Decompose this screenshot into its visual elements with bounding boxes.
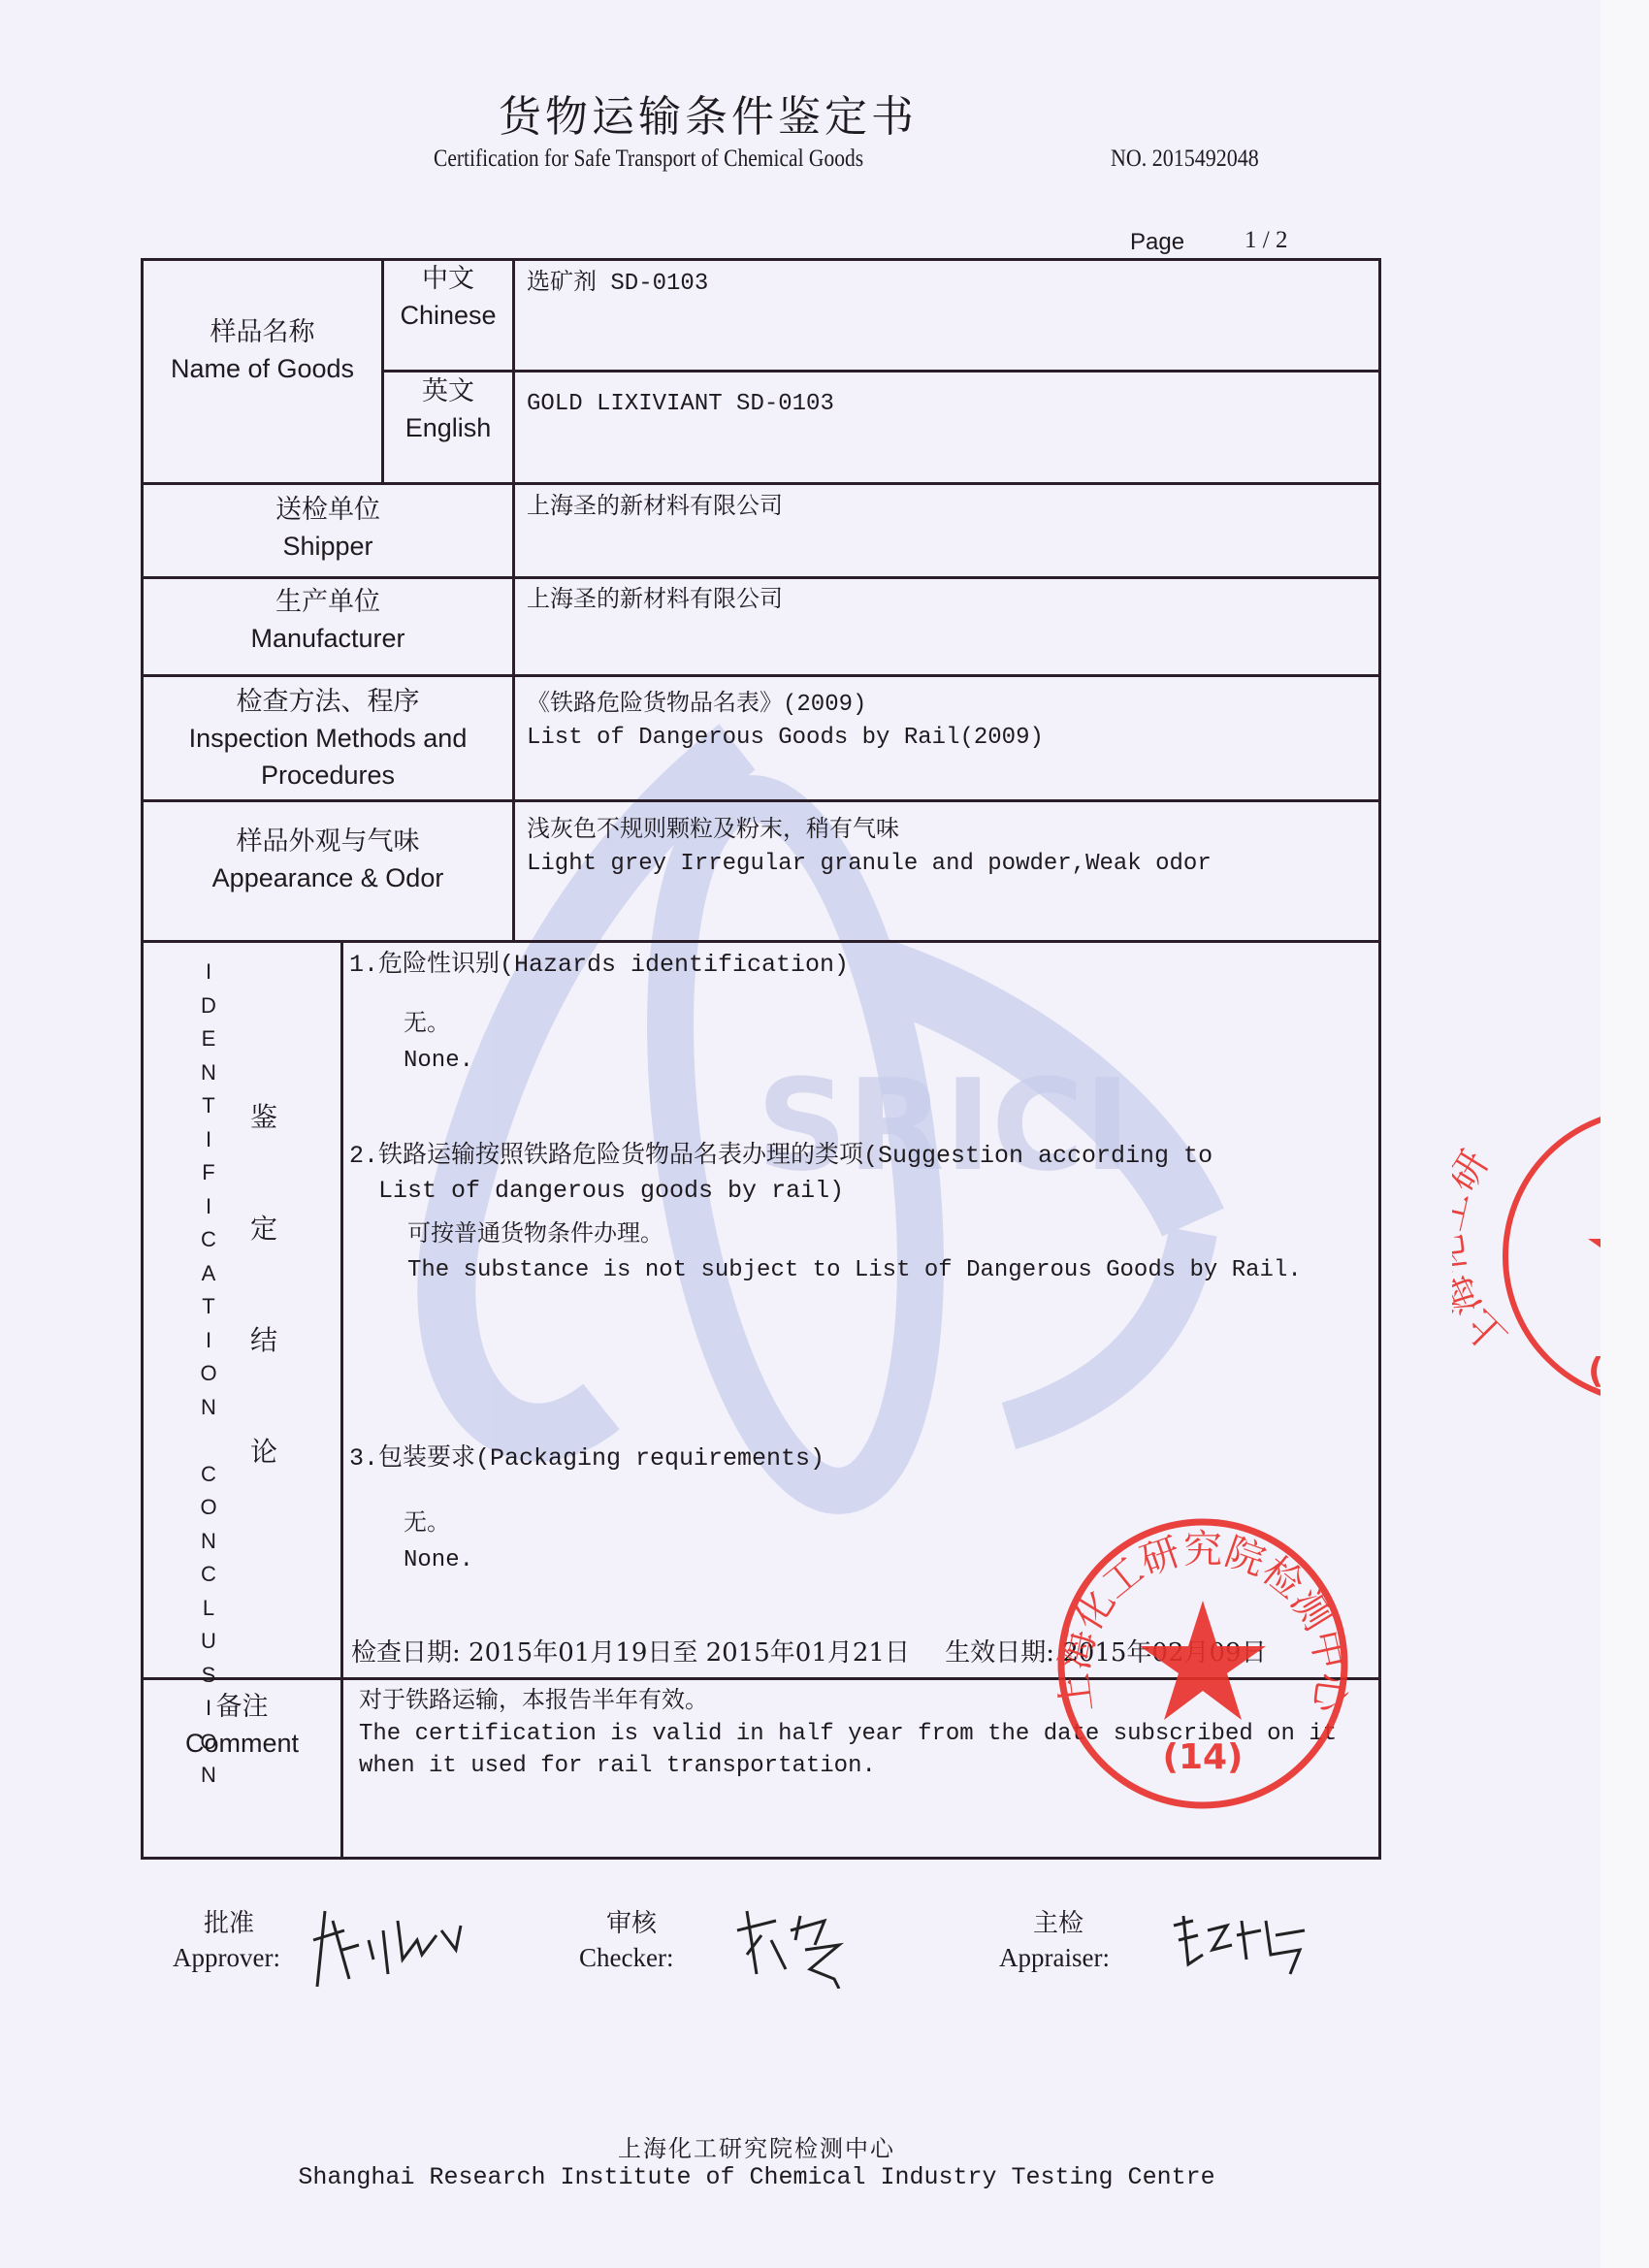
document-subtitle: Certification for Safe Transport of Chem…: [434, 146, 863, 173]
name-of-goods-label-zh: 样品名称: [144, 315, 381, 350]
vertical-letter: T: [194, 1290, 223, 1324]
rail-suggestion-answer-zh: 可按普通货物条件办理。: [407, 1219, 663, 1252]
checker-label-zh: 审核: [606, 1903, 657, 1939]
svg-text:(14): (14): [1162, 1737, 1243, 1777]
vertical-letter: C: [194, 1223, 223, 1257]
goods-name-chinese: 选矿剂 SD-0103: [527, 268, 708, 301]
inspection-date-value: 2015年01月19日至 2015年01月21日: [469, 1638, 910, 1668]
inspection-value: 《铁路危险货物品名表》(2009) List of Dangerous Good…: [527, 689, 1044, 755]
vertical-letter: I: [194, 956, 223, 989]
appearance-value-zh: 浅灰色不规则颗粒及粉末，稍有气味: [527, 815, 1212, 848]
footer-organization-zh: 上海化工研究院检测中心: [0, 2129, 1513, 2163]
appraiser-signature: [1169, 1906, 1324, 1984]
vertical-letter: A: [194, 1257, 223, 1291]
vertical-letter: N: [194, 1525, 223, 1559]
vertical-letter: [194, 1424, 223, 1458]
vertical-letter: N: [194, 1391, 223, 1425]
inspection-value-zh: 《铁路危险货物品名表》(2009): [527, 689, 1044, 722]
goods-name-english: GOLD LIXIVIANT SD-0103: [527, 388, 834, 421]
vertical-letter: I: [194, 1324, 223, 1358]
vertical-letter: O: [194, 1491, 223, 1525]
vertical-letter: D: [194, 989, 223, 1023]
document-title: 货物运输条件鉴定书: [0, 81, 1416, 144]
inspection-date-label: 检查日期:: [351, 1638, 461, 1668]
comment-label-en: Comment: [144, 1725, 340, 1762]
vertical-letter: C: [194, 1558, 223, 1592]
shipper-value: 上海圣的新材料有限公司: [527, 492, 783, 525]
vertical-letter: N: [194, 1056, 223, 1090]
checker-signature: [732, 1901, 868, 1989]
footer-organization-en: Shanghai Research Institute of Chemical …: [0, 2163, 1513, 2191]
checker-label-en: Checker:: [579, 1943, 673, 1973]
vertical-letter: I: [194, 1123, 223, 1157]
appraiser-label-zh: 主检: [1033, 1903, 1083, 1939]
manufacturer-label-en: Manufacturer: [144, 620, 512, 657]
identification-zh-char: 结: [250, 1319, 277, 1358]
inspection-label-en-1: Inspection Methods and: [144, 720, 512, 757]
vertical-letter: S: [194, 1659, 223, 1693]
name-of-goods-label: 样品名称 Name of Goods: [144, 315, 381, 387]
inspection-label-zh: 检查方法、程序: [144, 685, 512, 720]
identification-zh-char: 鉴: [250, 1096, 277, 1135]
vertical-letter: T: [194, 1089, 223, 1123]
appearance-value-en: Light grey Irregular granule and powder,…: [527, 848, 1212, 881]
rail-suggestion-heading-cont: List of dangerous goods by rail): [378, 1175, 844, 1208]
chinese-sublabel-en: Chinese: [384, 297, 512, 334]
certificate-number: NO. 2015492048: [1111, 146, 1259, 173]
packaging-answer-zh: 无。: [404, 1508, 450, 1541]
identification-zh-char: 定: [250, 1208, 277, 1247]
shipper-label-zh: 送检单位: [144, 493, 512, 528]
english-sublabel-en: English: [384, 409, 512, 446]
vertical-letter: C: [194, 1458, 223, 1492]
comment-label-zh: 备注: [144, 1690, 340, 1725]
approver-label-zh: 批准: [204, 1903, 254, 1939]
shipper-label: 送检单位 Shipper: [144, 493, 512, 565]
vertical-letter: L: [194, 1592, 223, 1626]
manufacturer-label: 生产单位 Manufacturer: [144, 585, 512, 657]
scan-edge: [1600, 0, 1649, 2268]
page-label: Page: [1130, 229, 1184, 256]
name-of-goods-label-en: Name of Goods: [144, 350, 381, 387]
appearance-value: 浅灰色不规则颗粒及粉末，稍有气味 Light grey Irregular gr…: [527, 815, 1212, 881]
inspection-label-en-2: Procedures: [144, 757, 512, 794]
hazards-answer-zh: 无。: [404, 1009, 450, 1042]
appearance-label-zh: 样品外观与气味: [144, 825, 512, 859]
hazards-answer-en: None.: [404, 1045, 473, 1078]
chinese-sublabel: 中文 Chinese: [384, 262, 512, 334]
vertical-letter: I: [194, 1190, 223, 1224]
vertical-letter: O: [194, 1357, 223, 1391]
english-sublabel: 英文 English: [384, 374, 512, 446]
packaging-requirements-heading: 3.包装要求(Packaging requirements): [349, 1442, 824, 1475]
identification-conclusion-vertical-label: IDENTIFICATION CONCLUSION: [194, 956, 223, 1793]
vertical-letter: F: [194, 1156, 223, 1190]
rail-suggestion-heading: 2.铁路运输按照铁路危险货物品名表办理的类项(Suggestion accord…: [349, 1140, 1212, 1173]
effective-date-label: 生效日期:: [945, 1638, 1054, 1668]
vertical-letter: N: [194, 1759, 223, 1793]
official-seal-stamp: 上海化工研究院检测中心 (14): [1048, 1508, 1358, 1819]
approver-signature: [306, 1901, 500, 1989]
packaging-answer-en: None.: [404, 1544, 473, 1577]
page-number: 1 / 2: [1245, 227, 1287, 254]
vertical-letter: U: [194, 1625, 223, 1659]
shipper-label-en: Shipper: [144, 528, 512, 565]
comment-label: 备注 Comment: [144, 1690, 340, 1762]
inspection-value-en: List of Dangerous Goods by Rail(2009): [527, 722, 1044, 755]
hazards-identification-heading: 1.危险性识别(Hazards identification): [349, 949, 849, 982]
appraiser-label-en: Appraiser:: [999, 1943, 1110, 1973]
chinese-sublabel-zh: 中文: [384, 262, 512, 297]
english-sublabel-zh: 英文: [384, 374, 512, 409]
vertical-letter: E: [194, 1022, 223, 1056]
manufacturer-label-zh: 生产单位: [144, 585, 512, 620]
appearance-label-en: Appearance & Odor: [144, 859, 512, 896]
inspection-methods-label: 检查方法、程序 Inspection Methods and Procedure…: [144, 685, 512, 794]
identification-zh-char: 论: [250, 1431, 277, 1470]
appearance-odor-label: 样品外观与气味 Appearance & Odor: [144, 825, 512, 896]
approver-label-en: Approver:: [173, 1943, 280, 1973]
manufacturer-value: 上海圣的新材料有限公司: [527, 585, 783, 618]
rail-suggestion-answer-en: The substance is not subject to List of …: [407, 1254, 1302, 1287]
